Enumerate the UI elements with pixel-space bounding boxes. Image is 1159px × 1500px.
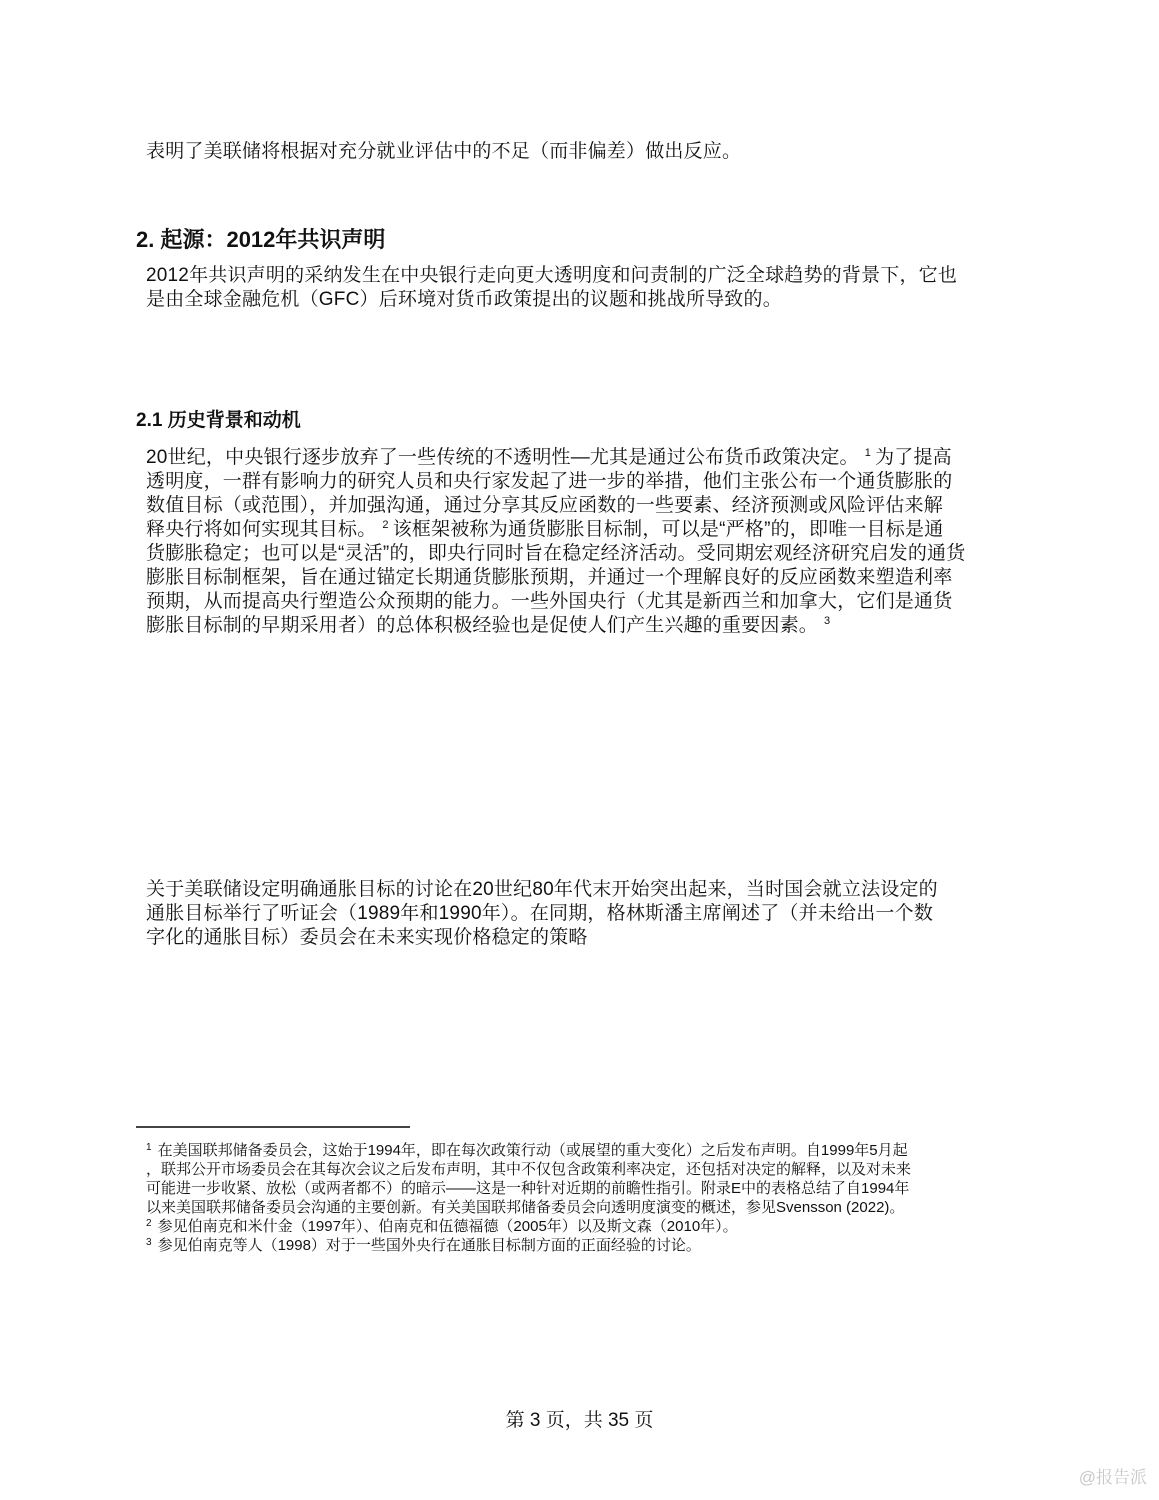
footnote-divider (136, 1126, 410, 1128)
paragraph-line: 预期，从而提高央行塑造公众预期的能力。一些外国央行（尤其是新西兰和加拿大，它们是… (146, 590, 1026, 614)
paragraph-line: 通胀目标举行了听证会（1989年和1990年）。在同期，格林斯潘主席阐述了（并未… (146, 902, 1026, 926)
footnote-3: 3参见伯南克等人（1998）对于一些国外央行在通胀目标制方面的正面经验的讨论。 (146, 1236, 1026, 1255)
paragraph-line: 是由全球金融危机（GFC）后环境对货币政策提出的议题和挑战所导致的。 (146, 288, 1026, 312)
line-text: 释央行将如何实现其目标。 (146, 519, 376, 540)
footnote-text: 参见伯南克等人（1998）对于一些国外央行在通胀目标制方面的正面经验的讨论。 (158, 1237, 701, 1254)
footnote-1-cont: 以来美国联邦储备委员会沟通的主要创新。有关美国联邦储备委员会向透明度演变的概述，… (146, 1198, 1026, 1217)
intro-paragraph: 表明了美联储将根据对充分就业评估中的不足（而非偏差）做出反应。 (146, 140, 1026, 164)
footnote-1-cont: 可能进一步收紧、放松（或两者都不）的暗示——这是一种针对近期的前瞻性指引。附录E… (146, 1179, 1026, 1198)
footnote-ref-1[interactable]: 1 (865, 447, 871, 459)
section-2-paragraph: 2012年共识声明的采纳发生在中央银行走向更大透明度和问责制的广泛全球趋势的背景… (146, 264, 1026, 312)
footnote-1-cont: ，联邦公开市场委员会在其每次会议之后发布声明，其中不仅包含政策利率决定，还包括对… (146, 1160, 1026, 1179)
footnote-ref-2[interactable]: 2 (382, 519, 388, 531)
paragraph-line: 透明度，一群有影响力的研究人员和央行家发起了进一步的举措，他们主张公布一个通货膨… (146, 470, 1026, 494)
paragraph-line: 释央行将如何实现其目标。2该框架被称为通货膨胀目标制，可以是“严格”的，即唯一目… (146, 518, 1026, 542)
footnote-number: 3 (146, 1237, 152, 1248)
footnote-ref-3[interactable]: 3 (824, 615, 830, 627)
paragraph-line: 膨胀目标制框架，旨在通过锚定长期通货膨胀预期，并通过一个理解良好的反应函数来塑造… (146, 566, 1026, 590)
paragraph-line: 数值目标（或范围），并加强沟通，通过分享其反应函数的一些要素、经济预测或风险评估… (146, 494, 1026, 518)
footnotes: 1在美国联邦储备委员会，这始于1994年，即在每次政策行动（或展望的重大变化）之… (146, 1141, 1026, 1255)
footnote-2: 2参见伯南克和米什金（1997年）、伯南克和伍德福德（2005年）以及斯文森（2… (146, 1217, 1026, 1236)
paragraph-line: 膨胀目标制的早期采用者）的总体积极经验也是促使人们产生兴趣的重要因素。3 (146, 614, 1026, 638)
paragraph-line: 字化的通胀目标）委员会在未来实现价格稳定的策略 (146, 926, 1026, 950)
section-2-heading: 2. 起源：2012年共识声明 (136, 226, 385, 254)
paragraph-line: 货膨胀稳定；也可以是“灵活”的，即央行同时旨在稳定经济活动。受同期宏观经济研究启… (146, 542, 1026, 566)
line-text: 该框架被称为通货膨胀目标制，可以是“严格”的，即唯一目标是通 (393, 519, 944, 540)
line-text: 20世纪，中央银行逐步放弃了一些传统的不透明性—尤其是通过公布货币政策决定。 (146, 447, 859, 468)
footnote-number: 1 (146, 1142, 152, 1153)
paragraph-line: 关于美联储设定明确通胀目标的讨论在20世纪80年代末开始突出起来，当时国会就立法… (146, 878, 1026, 902)
footnote-number: 2 (146, 1218, 152, 1229)
footnote-text: 在美国联邦储备委员会，这始于1994年，即在每次政策行动（或展望的重大变化）之后… (158, 1142, 908, 1159)
section-2-1-heading: 2.1 历史背景和动机 (136, 408, 301, 434)
footnote-text: 可能进一步收紧、放松（或两者都不）的暗示——这是一种针对近期的前瞻性指引。附录E… (146, 1180, 909, 1197)
footnote-1: 1在美国联邦储备委员会，这始于1994年，即在每次政策行动（或展望的重大变化）之… (146, 1141, 1026, 1160)
footnote-text: 以来美国联邦储备委员会沟通的主要创新。有关美国联邦储备委员会向透明度演变的概述，… (146, 1199, 904, 1216)
section-2-1-paragraph: 20世纪，中央银行逐步放弃了一些传统的不透明性—尤其是通过公布货币政策决定。1为… (146, 446, 1026, 638)
paragraph-line: 2012年共识声明的采纳发生在中央银行走向更大透明度和问责制的广泛全球趋势的背景… (146, 264, 1026, 288)
paragraph-line: 20世纪，中央银行逐步放弃了一些传统的不透明性—尤其是通过公布货币政策决定。1为… (146, 446, 1026, 470)
footnote-text: ，联邦公开市场委员会在其每次会议之后发布声明，其中不仅包含政策利率决定，还包括对… (146, 1161, 911, 1178)
footnote-text: 参见伯南克和米什金（1997年）、伯南克和伍德福德（2005年）以及斯文森（20… (158, 1218, 738, 1235)
intro-line: 表明了美联储将根据对充分就业评估中的不足（而非偏差）做出反应。 (146, 140, 1026, 164)
page-number: 第 3 页，共 35 页 (0, 1409, 1159, 1433)
fed-target-paragraph: 关于美联储设定明确通胀目标的讨论在20世纪80年代末开始突出起来，当时国会就立法… (146, 878, 1026, 950)
watermark: @报告派 (1079, 1468, 1147, 1488)
line-text: 膨胀目标制的早期采用者）的总体积极经验也是促使人们产生兴趣的重要因素。 (146, 615, 818, 636)
line-text: 为了提高 (875, 447, 952, 468)
